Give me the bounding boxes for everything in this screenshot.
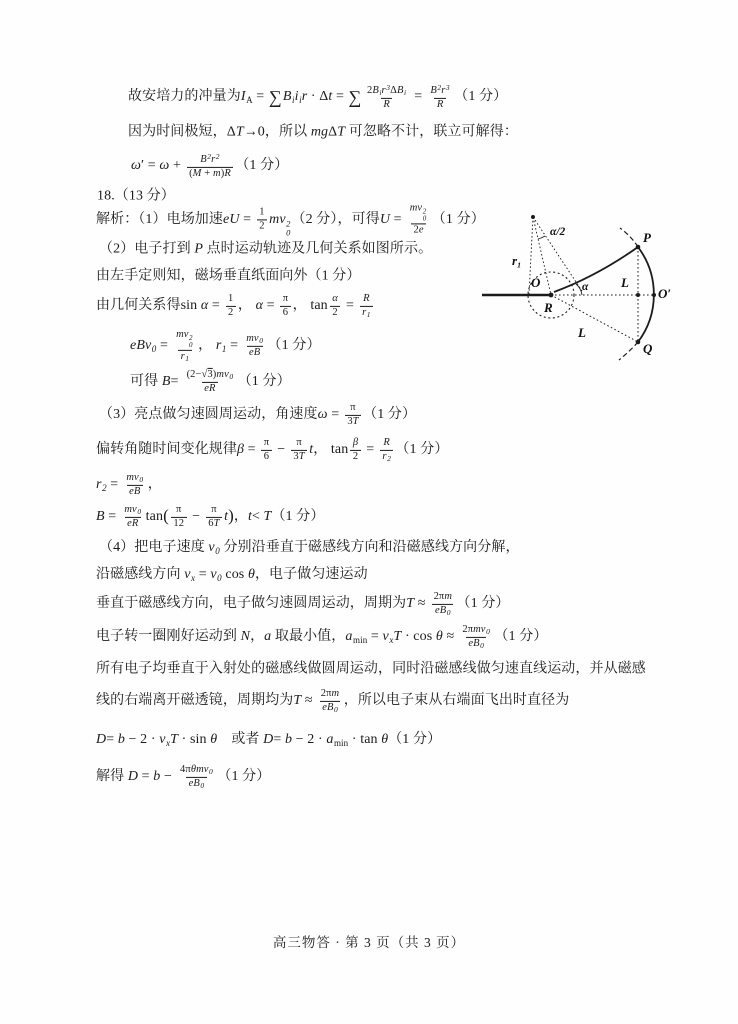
numerator: R [381, 437, 393, 450]
math-var: mv [124, 504, 136, 515]
denominator: 6 [261, 450, 271, 464]
numerator: 2πm [318, 688, 341, 701]
text-run: 2 [353, 451, 358, 462]
math-var: α [256, 298, 263, 313]
point-q-dot [636, 340, 641, 345]
text-run: （1 分） [238, 374, 291, 389]
text-run: 12 [173, 518, 184, 529]
fraction: π3T [345, 402, 361, 428]
text-run: ≈ [443, 629, 458, 644]
math-var: r [362, 307, 366, 318]
math-var: v [383, 629, 389, 644]
numerator: π [261, 437, 271, 450]
text-line: 故安培力的冲量为IA = ∑Biiir · Δt = ∑2Bir3ΔBiR = … [128, 83, 507, 111]
text-line: 由几何关系得sin α = 12， α = π6， tanα2 = Rr1 [96, 293, 375, 319]
text-run: ， [198, 338, 216, 353]
text-line: （4）把电子速度 v0 分别沿垂直于磁感线方向和沿磁感线方向分解， [99, 539, 520, 557]
text-run: Δ [390, 85, 397, 96]
text-run: 6 [283, 307, 288, 318]
denominator: 6T [206, 517, 222, 531]
text-run: = [263, 298, 278, 313]
numerator: mv0 [122, 504, 144, 517]
text-run: 18.（13 分） [97, 188, 175, 203]
fraction: 2πmeB0 [318, 688, 341, 714]
math-var: I [241, 89, 246, 104]
fraction: 12 [226, 293, 236, 319]
math-var: m [213, 168, 221, 179]
text-run: 偏转角随时间变化规律 [96, 442, 237, 457]
math-var: D [96, 732, 106, 747]
math-var: m [444, 591, 452, 602]
text-run: = [411, 89, 426, 104]
half-alpha-angle-arc [538, 236, 545, 239]
denominator: r2 [380, 450, 394, 464]
math-var: e [419, 224, 424, 235]
fraction: mv0eB [244, 333, 266, 359]
math-var: r [441, 85, 445, 96]
subscript: 2 [387, 454, 391, 463]
text-run: Δ [328, 124, 337, 139]
label-r1: r₁ [512, 253, 522, 268]
fraction: mv0eR [122, 504, 144, 530]
text-run: − [274, 442, 289, 457]
numerator: mv20 [174, 329, 197, 350]
text-run: 或者 [217, 732, 263, 747]
subscript: 0 [209, 767, 213, 776]
subscript: 0 [259, 336, 263, 345]
text-run: ， tan [313, 442, 348, 457]
text-run: · cos [401, 629, 436, 644]
numerator: 1 [257, 206, 267, 219]
denominator: 2e [411, 223, 426, 237]
fraction: β2 [350, 437, 360, 463]
math-var: eR [204, 383, 215, 394]
fraction: π6 [280, 293, 290, 319]
fraction: B2r2(M + m)R [187, 152, 234, 180]
numerator: R [361, 293, 373, 306]
text-run: （1 分） [454, 89, 507, 104]
text-run: = [390, 212, 405, 227]
fraction: π6 [261, 437, 271, 463]
text-run: （1 分） [457, 596, 510, 611]
denominator: eB0 [466, 637, 487, 651]
text-run: 电子转一圈刚好运动到 [96, 629, 241, 644]
numerator: (2−√3)mv0 [184, 369, 236, 382]
text-run: 解析：（1）电场加速 [96, 212, 223, 227]
denominator: 2 [226, 306, 236, 320]
math-var: i [295, 89, 299, 104]
math-var: a [326, 732, 333, 747]
fraction: mv0eB [124, 472, 146, 498]
text-run: （2）电子打到 [99, 241, 194, 256]
math-var: T [337, 124, 345, 139]
text-run: （1 分） [235, 158, 288, 173]
text-run: 1 [228, 293, 233, 304]
point-p-dot [636, 245, 641, 250]
text-run: − [160, 769, 175, 784]
math-var: D [128, 769, 138, 784]
big-paren: ( [163, 506, 169, 525]
text-run: 2 [332, 307, 337, 318]
text-run: （1 分） [494, 629, 547, 644]
text-run: = [208, 298, 223, 313]
math-var: v [210, 567, 216, 582]
text-run: · tan [348, 732, 381, 747]
text-run: = [328, 407, 343, 422]
math-var: B [372, 85, 379, 96]
text-run: = [240, 212, 255, 227]
fraction: 4πθmv0eB0 [178, 764, 216, 790]
fraction: 2πmv0eB0 [460, 624, 493, 650]
text-run: < [252, 509, 264, 524]
text-run: 解得 [96, 769, 128, 784]
math-var: b [285, 732, 292, 747]
text-run: 取最小值， [271, 629, 345, 644]
superscript: 2 [216, 152, 220, 161]
text-run: 4π [180, 764, 191, 775]
text-line: 所有电子均垂直于入射处的磁感线做圆周运动，同时沿磁感线做匀速直线运动，并从磁感 [96, 660, 646, 678]
text-run: = [367, 629, 382, 644]
fraction: (2−√3)mv0eR [184, 369, 236, 395]
text-run: ，所以电子束从右端面飞出时直径为 [344, 693, 570, 708]
math-var: T [170, 732, 178, 747]
text-run: (2− [187, 369, 202, 380]
sub-sup-stack: 20 [189, 335, 193, 350]
math-var: m [332, 688, 340, 699]
text-run: ， [148, 477, 162, 492]
denominator: eB0 [320, 701, 341, 715]
text-run: ， [250, 629, 264, 644]
math-var: eB [435, 605, 446, 616]
math-var: B [283, 89, 292, 104]
text-run: （2 分），可得 [292, 212, 380, 227]
fraction: 2Bir3ΔBiR [364, 83, 408, 111]
text-run: = [170, 374, 182, 389]
text-run: = [227, 338, 242, 353]
math-var: eB [249, 347, 260, 358]
text-run: 因为时间极短，Δ [128, 124, 236, 139]
fraction: π3T [291, 437, 307, 463]
math-var: mv [473, 624, 485, 635]
point-l-dot [636, 293, 640, 297]
math-var: m [269, 212, 279, 227]
numerator: β [350, 437, 360, 450]
text-run: π [211, 504, 216, 515]
math-var: v [184, 329, 189, 340]
text-run: − 2 · [125, 732, 159, 747]
text-run: （3）亮点做匀速圆周运动，角速度 [99, 407, 318, 422]
math-var: α [332, 293, 338, 304]
text-run: （1 分） [217, 769, 270, 784]
denominator: eB0 [432, 604, 453, 618]
math-var: r [216, 338, 222, 353]
numerator: mv0 [244, 333, 266, 346]
denominator: 3T [345, 415, 361, 429]
text-run: π [350, 402, 355, 413]
text-run: 2π [462, 624, 473, 635]
text-line: 解得 D = b − 4πθmv0eB0（1 分） [96, 764, 270, 790]
label-oprime: O′ [658, 286, 671, 301]
subscript: 0 [229, 372, 233, 381]
text-run: 由左手定则知，磁场垂直纸面向外（1 分） [96, 268, 361, 283]
math-var: B [397, 85, 404, 96]
fraction: B2r3R [428, 83, 452, 111]
text-run: = [273, 732, 285, 747]
math-var: β [353, 437, 358, 448]
denominator: 2 [330, 306, 340, 320]
text-run: （4）把电子速度 [99, 540, 208, 555]
numerator: 1 [226, 293, 236, 306]
subscript: A [246, 95, 253, 105]
numerator: mv20 [407, 202, 430, 223]
denominator: 6 [280, 306, 290, 320]
text-run: （1 分） [432, 212, 485, 227]
label-q: Q [643, 341, 653, 356]
screen-arc-extension-top [620, 228, 638, 247]
sub-sup-stack: 20 [423, 208, 427, 223]
text-run: = [332, 89, 347, 104]
text-run: = [106, 732, 118, 747]
numerator: 2πmv0 [460, 624, 493, 637]
screen-arc-extension-bottom [619, 342, 638, 360]
denominator: 2 [350, 450, 360, 464]
text-run: 可得 [130, 374, 162, 389]
math-var: P [194, 241, 203, 256]
math-var: M [193, 168, 202, 179]
fraction: 2πmeB0 [431, 591, 454, 617]
text-run: （1 分） [388, 732, 441, 747]
text-run: 由几何关系得sin [96, 298, 201, 313]
math-var: eR [127, 518, 138, 529]
text-run: →0，所以 [244, 124, 311, 139]
text-run: ′ = [141, 158, 159, 173]
text-line: B = mv0eRtan(π12 − π6Tt)，t< T（1 分） [96, 504, 324, 530]
oq-dotted-line [551, 295, 638, 342]
fraction: mv20r1 [174, 329, 197, 363]
label-p: P [643, 230, 652, 245]
text-run: + [169, 158, 184, 173]
math-var: r [382, 451, 386, 462]
fraction: 12 [257, 206, 267, 232]
math-var: R [363, 293, 370, 304]
text-run: 6 [264, 451, 269, 462]
numerator: π [173, 504, 183, 517]
math-var: m [176, 329, 184, 340]
subscript: i [404, 88, 406, 97]
math-var: B [430, 85, 437, 96]
text-run: = [253, 89, 268, 104]
denominator: eB [127, 485, 143, 499]
text-run: 2π [434, 591, 445, 602]
denominator: 3T [291, 450, 307, 464]
text-run: = [105, 509, 120, 524]
math-var: a [345, 629, 352, 644]
text-run: 线的右端离开磁透镜，周期均为 [96, 693, 293, 708]
sigma-sum: ∑ [268, 87, 283, 107]
math-var: R [437, 99, 444, 110]
geometry-diagram: r₁ α/2 O R α L L O′ P Q [478, 190, 734, 382]
text-run: + [202, 168, 213, 179]
text-run: π [264, 437, 269, 448]
numerator: 2πm [431, 591, 454, 604]
text-line: 沿磁感线方向 vx = v0 cos θ，电子做匀速运动 [96, 566, 368, 584]
text-run: 1 [259, 206, 264, 217]
numerator: α [330, 293, 341, 306]
math-var: v [159, 732, 165, 747]
math-var: N [241, 629, 250, 644]
text-line: 由左手定则知，磁场垂直纸面向外（1 分） [96, 267, 361, 285]
text-run: = [363, 442, 378, 457]
numerator: π [209, 504, 219, 517]
text-run: = [342, 298, 357, 313]
math-var: U [380, 212, 390, 227]
math-var: mv [126, 472, 138, 483]
denominator: 12 [171, 517, 187, 531]
text-run: （1 分） [395, 442, 448, 457]
subscript: 1 [367, 310, 371, 319]
fraction: α2 [330, 293, 341, 319]
subscript: 0 [137, 507, 141, 516]
denominator: 2 [257, 219, 267, 233]
subscript: 0 [486, 627, 490, 636]
subscript: min [334, 738, 348, 748]
text-line: 偏转角随时间变化规律β = π6 − π3Tt， tanβ2 = Rr2（1 分… [96, 437, 448, 463]
numerator: B2r2 [198, 152, 222, 167]
subscript: 0 [139, 475, 143, 484]
fraction: Rr1 [360, 293, 374, 319]
denominator: r1 [360, 306, 374, 320]
math-var: eB [468, 638, 479, 649]
math-var: R [383, 99, 390, 110]
math-var: eB [189, 778, 200, 789]
text-run: 沿磁感线方向 [96, 567, 184, 582]
text-run: = [244, 442, 259, 457]
text-run: − 2 · [292, 732, 326, 747]
label-l-lower: L [577, 325, 586, 340]
math-var: r [96, 477, 102, 492]
numerator: π [280, 293, 290, 306]
subscript: 0 [189, 342, 193, 349]
label-l-upper: L [620, 275, 629, 290]
subscript: 0 [423, 216, 427, 223]
sigma-sum: ∑ [348, 87, 363, 107]
answer-sheet-page: 故安培力的冲量为IA = ∑Biiir · Δt = ∑2Bir3ΔBiR = … [0, 0, 738, 1024]
page-footer: 高三物答 · 第 3 页（共 3 页） [0, 931, 738, 951]
denominator: eB0 [186, 777, 207, 791]
math-var: v [208, 540, 214, 555]
denominator: r1 [178, 350, 192, 364]
math-var: b [118, 732, 125, 747]
text-run: （1 分） [268, 338, 321, 353]
math-var: θ [248, 567, 255, 582]
text-run: 垂直于磁感线方向，电子做匀速圆周运动，周期为 [96, 596, 406, 611]
text-line: 可得 B= (2−√3)mv0eR（1 分） [130, 369, 291, 395]
text-run: 2 [259, 220, 264, 231]
subscript: 0 [480, 641, 484, 650]
math-var: T [236, 124, 244, 139]
text-run: = [138, 769, 153, 784]
text-run: 所有电子均垂直于入射处的磁感线做圆周运动，同时沿磁感线做匀速直线运动，并从磁感 [96, 661, 646, 676]
text-line: 垂直于磁感线方向，电子做匀速圆周运动，周期为T ≈ 2πmeB0（1 分） [96, 591, 510, 617]
numerator: mv0 [124, 472, 146, 485]
subscript: 0 [447, 608, 451, 617]
text-line: ω′ = ω + B2r2(M + m)R（1 分） [131, 152, 288, 180]
text-run: 2π [321, 688, 332, 699]
sub-sup-stack: 20 [286, 220, 290, 238]
text-line: 线的右端离开磁透镜，周期均为T ≈ 2πmeB0，所以电子束从右端面飞出时直径为 [96, 688, 569, 714]
math-var: r [211, 154, 215, 165]
math-var: eBv [130, 338, 151, 353]
fraction: π6T [206, 504, 222, 530]
label-r: R [543, 300, 553, 315]
math-var: ω [159, 158, 169, 173]
text-run: （1 分） [363, 407, 416, 422]
text-run: = [156, 338, 171, 353]
fraction: mv202e [407, 202, 430, 236]
denominator: R [381, 98, 393, 112]
text-line: （2）电子打到 P 点时运动轨迹及几何关系如图所示。 [99, 240, 432, 258]
point-oprime-dot [652, 293, 656, 297]
text-line: 解析：（1）电场加速eU = 12mv20（2 分），可得U = mv202e（… [96, 202, 485, 237]
denominator: eR [202, 382, 218, 396]
math-var: B [96, 509, 105, 524]
math-var: R [383, 437, 390, 448]
numerator: 2Bir3ΔBi [364, 83, 408, 98]
subscript: 1 [185, 354, 189, 363]
text-run: − [189, 509, 204, 524]
math-var: T [299, 451, 305, 462]
math-var: v [279, 212, 285, 227]
text-run: · sin [178, 732, 210, 747]
text-line: r2 = mv0eB， [96, 472, 162, 498]
text-line: eBv0 = mv20r1， r1 = mv0eB（1 分） [130, 329, 321, 363]
text-run: π [296, 437, 301, 448]
text-line: 电子转一圈刚好运动到 N，a 取最小值，amin = vxT · cos θ ≈… [96, 624, 547, 650]
text-run: = [107, 477, 122, 492]
math-var: T [214, 518, 220, 529]
subscript: 0 [334, 705, 338, 714]
label-alpha: α [582, 281, 589, 293]
text-run: ，电子做匀速运动 [255, 567, 368, 582]
denominator: (M + m)R [187, 167, 234, 181]
math-var: B [200, 154, 207, 165]
subscript: min [353, 635, 367, 645]
text-run: 分别沿垂直于磁感线方向和沿磁感线方向分解， [220, 540, 520, 555]
denominator: R [434, 98, 446, 112]
numerator: 4πθmv0 [178, 764, 216, 777]
text-line: （3）亮点做匀速圆周运动，角速度ω = π3T（1 分） [99, 402, 416, 428]
denominator: eB [247, 346, 263, 360]
text-run: cos [222, 567, 248, 582]
math-var: θmv [191, 764, 209, 775]
label-half-alpha: α/2 [550, 226, 566, 238]
math-var: R [224, 168, 231, 179]
text-run: ， tan [293, 298, 328, 313]
label-o: O [531, 275, 541, 290]
text-run: = [195, 567, 210, 582]
numerator: B2r3 [428, 83, 452, 98]
fraction: π12 [171, 504, 187, 530]
math-var: mv [246, 333, 258, 344]
text-line: 因为时间极短，ΔT→0，所以 mgΔT 可忽略不计，联立可解得： [128, 123, 518, 141]
text-run: π [283, 293, 288, 304]
math-var: eU [223, 212, 240, 227]
numerator: π [348, 402, 358, 415]
math-var: ω [131, 158, 141, 173]
math-var: T [353, 416, 359, 427]
math-var: v [417, 202, 422, 213]
math-var: mv [216, 369, 228, 380]
